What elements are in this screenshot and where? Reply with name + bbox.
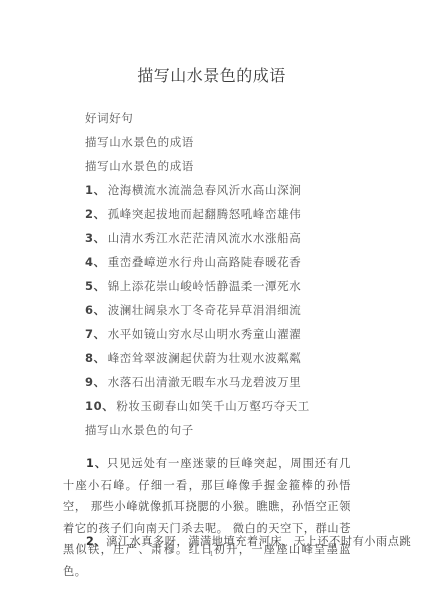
idiom-number: 2、	[85, 207, 106, 221]
subheading-idioms-repeat: 描写山水景色的成语	[85, 158, 194, 174]
idiom-number: 4、	[85, 255, 106, 269]
idiom-item: 6、波澜壮阔泉水丁冬奇花异草涓涓细流	[85, 302, 301, 318]
idiom-number: 1、	[85, 183, 106, 197]
subheading-good-words: 好词好句	[85, 110, 133, 126]
idiom-number: 5、	[85, 279, 106, 293]
idiom-item: 10、粉妆玉砌春山如笑千山万壑巧夺天工	[85, 398, 310, 414]
sentence-paragraph: 2、漓江水真多呀，满满地填充着河床，天上还不时有小雨点跳	[63, 531, 351, 553]
sentence-text: 只见远处有一座迷蒙的巨峰突起，周围还有几十座小石峰。仔细一看，那巨峰像手握金箍棒…	[63, 457, 351, 578]
idiom-item: 1、沧海横流水流湍急春风沂水高山深涧	[85, 182, 301, 198]
idiom-number: 6、	[85, 303, 106, 317]
idiom-item: 7、水平如镜山穷水尽山明水秀童山濯濯	[85, 326, 301, 342]
sentence-number: 2、	[86, 535, 106, 548]
sentence-text: 漓江水真多呀，满满地填充着河床，天上还不时有小雨点跳	[106, 535, 411, 548]
idiom-item: 3、山清水秀江水茫茫清风流水水涨船高	[85, 230, 301, 246]
sentence-number: 1、	[86, 457, 107, 470]
idiom-item: 4、重峦叠嶂逆水行舟山高路陡春暖花香	[85, 254, 301, 270]
idiom-item: 8、峰峦耸翠波澜起伏蔚为壮观水波粼粼	[85, 350, 301, 366]
document-title: 描写山水景色的成语	[0, 63, 423, 86]
idiom-number: 7、	[85, 327, 106, 341]
subheading-idioms: 描写山水景色的成语	[85, 134, 194, 150]
idiom-item: 2、孤峰突起拔地而起翻腾怒吼峰峦雄伟	[85, 206, 301, 222]
idiom-text: 沧海横流水流湍急春风沂水高山深涧	[108, 183, 302, 197]
idiom-text: 孤峰突起拔地而起翻腾怒吼峰峦雄伟	[108, 207, 302, 221]
idiom-text: 水落石出清澈无暇车水马龙碧波万里	[108, 375, 302, 389]
idiom-number: 9、	[85, 375, 106, 389]
idiom-number: 3、	[85, 231, 106, 245]
idiom-text: 锦上添花崇山峻岭恬静温柔一潭死水	[108, 279, 302, 293]
idiom-item: 5、锦上添花崇山峻岭恬静温柔一潭死水	[85, 278, 301, 294]
idiom-number: 8、	[85, 351, 106, 365]
idiom-text: 粉妆玉砌春山如笑千山万壑巧夺天工	[116, 399, 310, 413]
idiom-text: 山清水秀江水茫茫清风流水水涨船高	[108, 231, 302, 245]
document-page: 描写山水景色的成语 好词好句 描写山水景色的成语 描写山水景色的成语 1、沧海横…	[0, 0, 423, 600]
idiom-number: 10、	[85, 399, 114, 413]
page-number: 1	[0, 551, 423, 558]
sentence-paragraph: 1、只见远处有一座迷蒙的巨峰突起，周围还有几十座小石峰。仔细一看，那巨峰像手握金…	[63, 453, 351, 582]
idiom-item: 9、水落石出清澈无暇车水马龙碧波万里	[85, 374, 301, 390]
idiom-text: 峰峦耸翠波澜起伏蔚为壮观水波粼粼	[108, 351, 302, 365]
sentences-heading: 描写山水景色的句子	[85, 422, 194, 438]
idiom-text: 波澜壮阔泉水丁冬奇花异草涓涓细流	[108, 303, 302, 317]
idiom-text: 水平如镜山穷水尽山明水秀童山濯濯	[108, 327, 302, 341]
idiom-text: 重峦叠嶂逆水行舟山高路陡春暖花香	[108, 255, 302, 269]
